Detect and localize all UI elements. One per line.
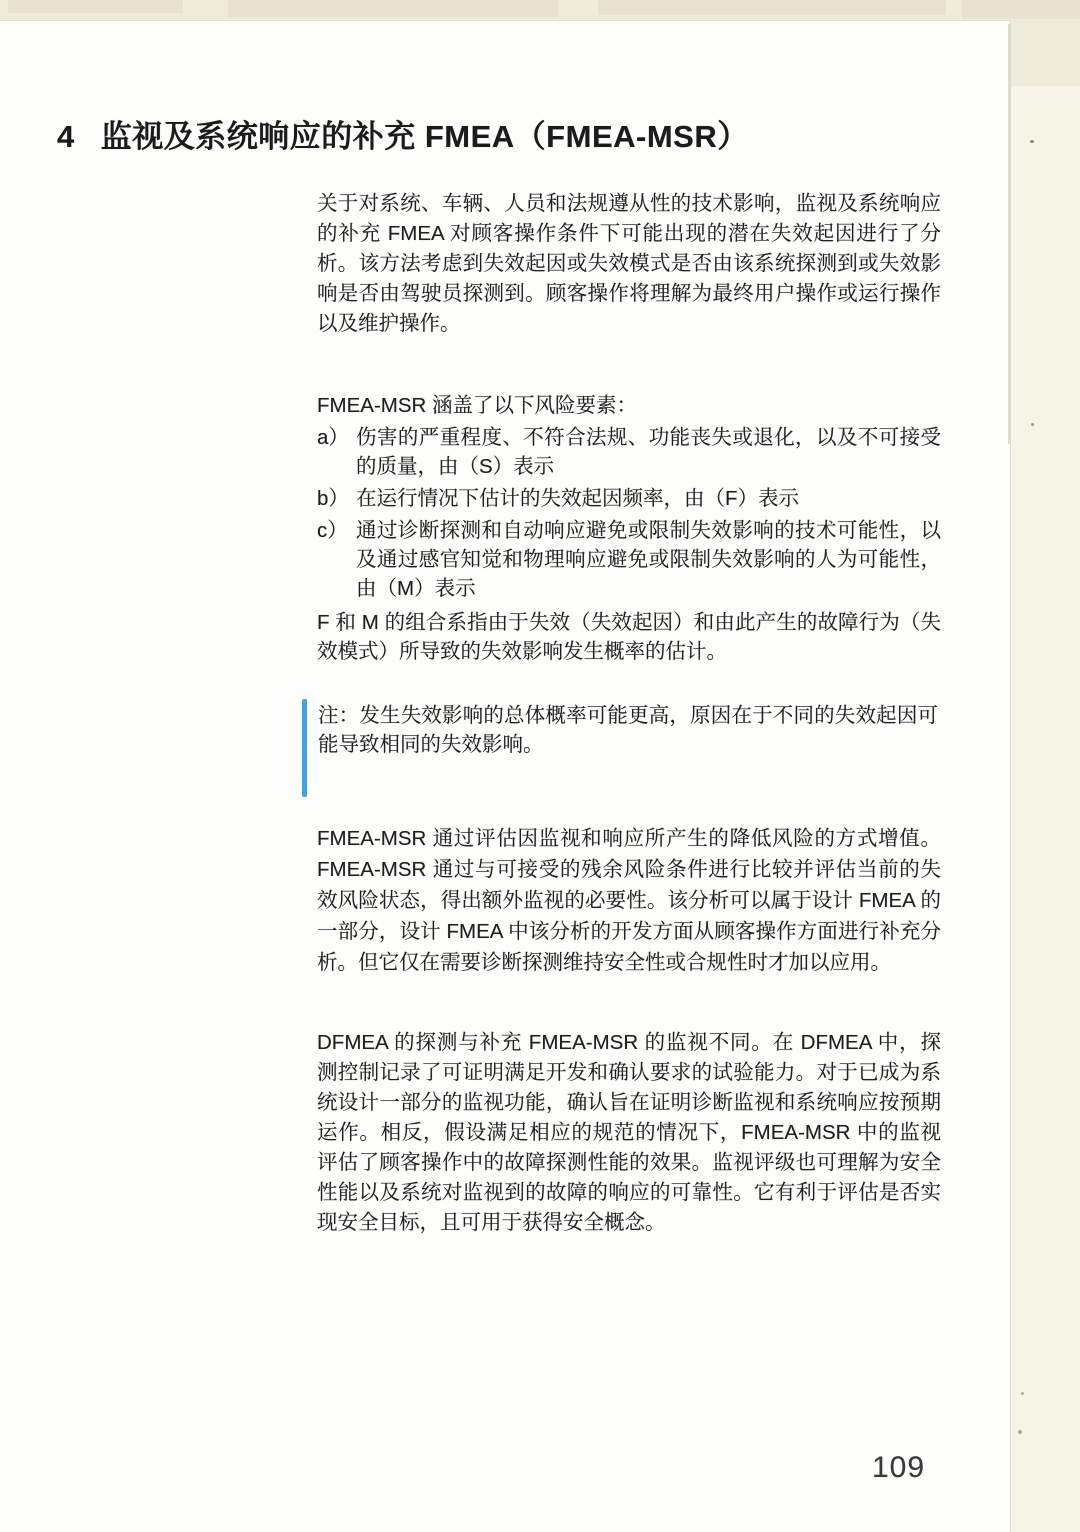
list-item-label: a） xyxy=(317,423,349,452)
list-item-text: 伤害的严重程度、不符合法规、功能丧失或退化，以及不可接受的质量，由（S）表示 xyxy=(356,426,941,478)
scan-right-margin-texture xyxy=(1011,20,1080,86)
scan-right-margin xyxy=(1010,20,1080,1532)
scan-speck xyxy=(1018,1430,1022,1434)
page-edge-shadow xyxy=(1008,24,1010,444)
scan-texture-block xyxy=(598,0,946,15)
scan-texture-block xyxy=(962,0,1080,19)
list-item-a: a） 伤害的严重程度、不符合法规、功能丧失或退化，以及不可接受的质量，由（S）表… xyxy=(317,423,941,481)
list-item-label: b） xyxy=(317,484,349,513)
note-accent-bar xyxy=(302,699,307,797)
list-item-text: 在运行情况下估计的失效起因频率，由（F）表示 xyxy=(356,487,799,510)
list-intro: FMEA-MSR 涵盖了以下风险要素： xyxy=(317,391,941,420)
scan-speck xyxy=(1030,140,1034,143)
section-title: 监视及系统响应的补充 FMEA（FMEA-MSR） xyxy=(101,119,749,154)
scan-top-margin xyxy=(0,0,1080,20)
section-number: 4 xyxy=(57,119,75,155)
list-item-c: c） 通过诊断探测和自动响应避免或限制失效影响的技术可能性，以及通过感官知觉和物… xyxy=(317,516,941,603)
risk-elements-list: FMEA-MSR 涵盖了以下风险要素： a） 伤害的严重程度、不符合法规、功能丧… xyxy=(317,391,941,666)
paragraph-dfmea-comparison: DFMEA 的探测与补充 FMEA-MSR 的监视不同。在 DFMEA 中，探测… xyxy=(317,1028,941,1238)
scanned-document-page: { "colors": { "note_bar": "#49a0d4", "pa… xyxy=(0,0,1080,1532)
scan-texture-block xyxy=(8,0,183,13)
section-heading: 4监视及系统响应的补充 FMEA（FMEA-MSR） xyxy=(57,111,957,156)
scan-texture-block xyxy=(228,0,558,17)
list-item-text: 通过诊断探测和自动响应避免或限制失效影响的技术可能性，以及通过感官知觉和物理响应… xyxy=(356,519,941,600)
scan-speck xyxy=(1031,423,1034,426)
page-number: 109 xyxy=(872,1451,925,1485)
list-item-label: c） xyxy=(317,516,348,545)
paragraph-intro: 关于对系统、车辆、人员和法规遵从性的技术影响，监视及系统响应的补充 FMEA 对… xyxy=(317,189,941,339)
list-item-b: b） 在运行情况下估计的失效起因频率，由（F）表示 xyxy=(317,484,941,513)
scan-speck xyxy=(1021,1392,1024,1395)
paragraph-f-and-m: F 和 M 的组合系指由于失效（失效起因）和由此产生的故障行为（失效模式）所导致… xyxy=(317,608,941,666)
note-paragraph: 注：发生失效影响的总体概率可能更高，原因在于不同的失效起因可能导致相同的失效影响… xyxy=(318,701,938,759)
paragraph-fmea-msr-value: FMEA-MSR 通过评估因监视和响应所产生的降低风险的方式增值。FMEA-MS… xyxy=(317,823,941,978)
